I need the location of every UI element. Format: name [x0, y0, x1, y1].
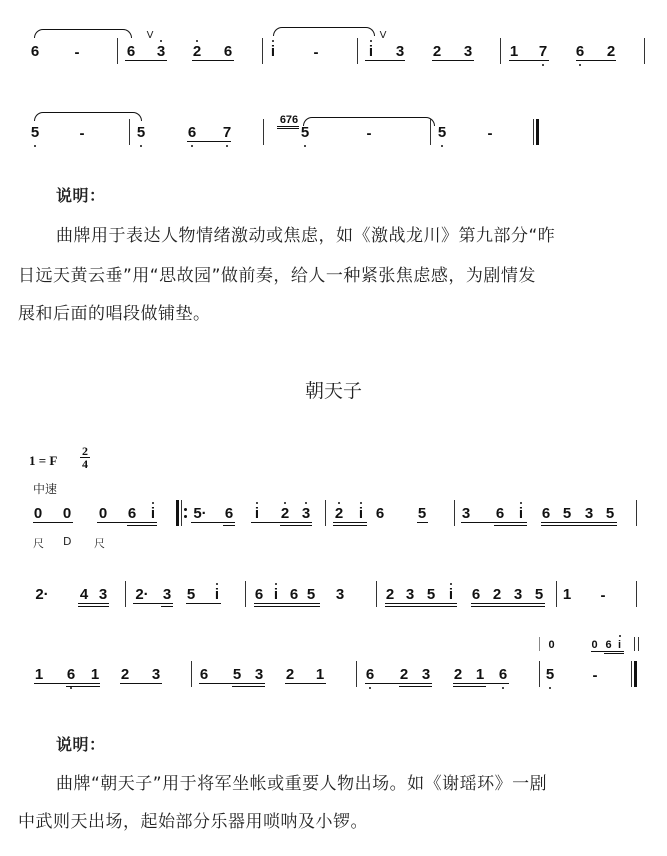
note-high: i [270, 587, 282, 603]
dash: - [310, 44, 322, 61]
explanation-heading: 说明： [56, 735, 106, 755]
note: 5 [604, 506, 616, 522]
note-low: 6 [186, 125, 198, 141]
underline [285, 683, 326, 684]
dash: - [363, 125, 375, 142]
note: 1 [33, 667, 45, 683]
ossia-note: 0 [547, 639, 556, 651]
note-high: i [267, 44, 279, 60]
barline [191, 661, 192, 687]
note: 3 [404, 587, 416, 603]
underline [385, 603, 457, 604]
underline-double [471, 606, 545, 607]
barline [129, 119, 130, 145]
note-high: i [515, 506, 527, 522]
note: 2 [284, 667, 296, 683]
underline-double [453, 686, 486, 687]
note: 2 [431, 44, 443, 60]
explanation-line: 中武则天出场，起始部分乐器用唢呐及小锣。 [18, 812, 368, 832]
note-low: 6 [497, 667, 509, 683]
breath-mark: V [146, 30, 154, 41]
note: 0 [97, 506, 109, 522]
underline [254, 603, 320, 604]
underline [191, 522, 235, 523]
dash: - [76, 125, 88, 142]
ossia-note: 0 [590, 639, 599, 651]
grace-underline [277, 126, 299, 127]
barline [556, 581, 557, 607]
note-high: i [365, 44, 377, 60]
note: 3 [161, 587, 173, 603]
note-low: 5 [299, 125, 311, 141]
note: 1 [508, 44, 520, 60]
underline [97, 522, 157, 523]
note-low: 6 [364, 667, 376, 683]
note-dotted: 5· [190, 506, 210, 522]
note: 3 [460, 506, 472, 522]
note: 1 [314, 667, 326, 683]
note-high: i [251, 506, 263, 522]
note-high: i [445, 587, 457, 603]
underline [192, 60, 234, 61]
note: 5 [305, 587, 317, 603]
dash: - [71, 44, 83, 61]
explanation-line: 日远天黄云垂”用“思故园”做前奏，给人一种紧张焦虑感，为剧情发 [18, 266, 536, 286]
note: 6 [253, 587, 265, 603]
final-barline-thin [533, 119, 534, 145]
piece-title: 朝天子 [0, 376, 667, 403]
note-low: 7 [537, 44, 549, 60]
note: 2 [452, 667, 464, 683]
underline-double [385, 606, 457, 607]
note: 2 [491, 587, 503, 603]
note: 6 [374, 506, 386, 522]
note: 3 [583, 506, 595, 522]
explanation-heading: 说明： [56, 186, 106, 206]
note: 6 [470, 587, 482, 603]
explanation-line: 曲牌用于表达人物情绪激动或焦虑，如《激战龙川》第九部分“昨 [56, 226, 555, 246]
underline-double [66, 686, 100, 687]
note-high: 2 [279, 506, 291, 522]
barline [430, 119, 431, 145]
underline [365, 683, 432, 684]
underline-double [333, 525, 367, 526]
note-low: 6 [65, 667, 77, 683]
note: 6 [198, 667, 210, 683]
note: 1 [474, 667, 486, 683]
underline [541, 522, 617, 523]
underline [186, 603, 221, 604]
note: 3 [253, 667, 265, 683]
note-high: 3 [155, 44, 167, 60]
note: 2 [384, 587, 396, 603]
underline [453, 683, 509, 684]
note: 2 [605, 44, 617, 60]
time-sig-top: 2 [80, 446, 90, 457]
ossia-underline-double [604, 653, 624, 654]
explanation-line: 曲牌“朝天子”用于将军坐帐或重要人物出场。如《谢瑶环》一剧 [56, 774, 547, 794]
note: 1 [89, 667, 101, 683]
barline [356, 661, 357, 687]
note: 6 [126, 506, 138, 522]
ossia-end-barline [638, 637, 639, 651]
underline [78, 603, 109, 604]
ossia-note-high: i [615, 639, 624, 651]
note: 5 [416, 506, 428, 522]
underline-double [254, 606, 320, 607]
note: 5 [185, 587, 197, 603]
note-high: 2 [333, 506, 345, 522]
note: 5 [533, 587, 545, 603]
note: 6 [494, 506, 506, 522]
final-barline-thin [631, 661, 632, 687]
barline [117, 38, 118, 64]
slur [34, 112, 142, 121]
final-barline-thick [536, 119, 539, 145]
note-low: 5 [135, 125, 147, 141]
barline [263, 119, 264, 145]
breath-mark: V [379, 30, 387, 41]
slur [34, 29, 132, 38]
underline-double [223, 525, 235, 526]
repeat-barline-thick [176, 500, 179, 526]
note: 2 [119, 667, 131, 683]
note-low: 5 [544, 667, 556, 683]
underline [417, 522, 428, 523]
dash: - [589, 667, 601, 684]
ossia-underline [591, 651, 624, 652]
note-dotted: 2· [32, 587, 52, 603]
repeat-barline-thin [181, 500, 182, 526]
barline [325, 500, 326, 526]
note: 6 [288, 587, 300, 603]
underline [133, 603, 173, 604]
note: 5 [231, 667, 243, 683]
barline [644, 38, 645, 64]
note: 3 [334, 587, 346, 603]
underline [125, 60, 167, 61]
percussion-syllable: 尺 [33, 535, 44, 551]
note: 3 [150, 667, 162, 683]
grace-underline [277, 128, 299, 129]
grace-notes: 676 [277, 114, 301, 126]
note: 6 [125, 44, 137, 60]
time-sig-bottom: 4 [80, 459, 90, 470]
note: 5 [561, 506, 573, 522]
underline-double [280, 525, 312, 526]
note: 6 [29, 44, 41, 60]
key-signature: 1 = F [29, 453, 57, 469]
final-barline-thick [634, 661, 637, 687]
note-high: 2 [191, 44, 203, 60]
note-low: 6 [574, 44, 586, 60]
underline-double [161, 606, 173, 607]
note: 3 [512, 587, 524, 603]
ossia-barline [539, 637, 540, 651]
underline [333, 522, 367, 523]
underline [251, 522, 312, 523]
barline [636, 500, 637, 526]
barline [454, 500, 455, 526]
underline-double [494, 525, 527, 526]
percussion-syllable: D [63, 535, 71, 548]
underline [199, 683, 265, 684]
note-low: 7 [221, 125, 233, 141]
note: 2 [398, 667, 410, 683]
note: 1 [561, 587, 573, 603]
note: 5 [425, 587, 437, 603]
underline-double [78, 606, 109, 607]
underline-double [541, 525, 617, 526]
note-high: i [211, 587, 223, 603]
dash: - [484, 125, 496, 142]
barline [500, 38, 501, 64]
explanation-line: 展和后面的唱段做铺垫。 [18, 304, 211, 324]
barline [376, 581, 377, 607]
note: 3 [97, 587, 109, 603]
barline [636, 581, 637, 607]
note-high: i [355, 506, 367, 522]
note-dotted: 2· [132, 587, 152, 603]
underline [471, 603, 545, 604]
barline [125, 581, 126, 607]
tempo-marking: 中速 [33, 480, 57, 497]
underline [33, 522, 73, 523]
note-low: 5 [29, 125, 41, 141]
barline [262, 38, 263, 64]
underline [365, 60, 405, 61]
note: 6 [223, 506, 235, 522]
note-high: 3 [300, 506, 312, 522]
ossia-note: 6 [604, 639, 613, 651]
ossia-end-barline [634, 637, 635, 651]
underline [432, 60, 474, 61]
underline-double [232, 686, 265, 687]
slur [273, 27, 375, 36]
note: 6 [222, 44, 234, 60]
underline [187, 141, 231, 142]
percussion-syllable: 尺 [94, 535, 105, 551]
note: 3 [462, 44, 474, 60]
underline [576, 60, 616, 61]
note: 3 [394, 44, 406, 60]
underline [34, 683, 100, 684]
note: 6 [540, 506, 552, 522]
barline [539, 661, 540, 687]
underline [461, 522, 527, 523]
note: 0 [32, 506, 44, 522]
note-high: i [147, 506, 159, 522]
note: 3 [420, 667, 432, 683]
barline [357, 38, 358, 64]
note: 4 [78, 587, 90, 603]
note: 0 [61, 506, 73, 522]
barline [245, 581, 246, 607]
underline-double [127, 525, 157, 526]
underline [509, 60, 549, 61]
note-low: 5 [436, 125, 448, 141]
dash: - [597, 587, 609, 604]
underline-double [399, 686, 432, 687]
underline [120, 683, 162, 684]
